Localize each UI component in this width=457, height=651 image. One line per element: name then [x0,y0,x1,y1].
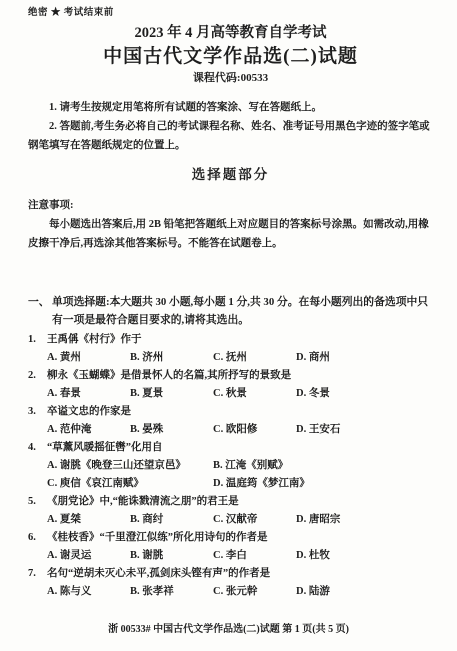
question-2-option-d: D. 冬景 [296,385,330,403]
question-6: 6. 《桂枝香》“千里澄江似练”所化用诗句的作者是 A. 谢灵运 B. 谢朓 C… [28,529,433,565]
question-3-stem: 卒谥文忠的作家是 [47,403,433,421]
question-6-option-a: A. 谢灵运 [47,547,130,565]
instruction-2: 2. 答题前,考生务必将自己的考试课程名称、姓名、准考证号用黑色字迹的签字笔或钢… [28,117,433,155]
question-5-number: 5. [28,493,47,511]
part-one-heading: 一、 单项选择题:本大题共 30 小题,每小题 1 分,共 30 分。在每小题列… [28,293,433,329]
question-4: 4. “草薰风暖摇征辔”化用自 A. 谢朓《晚登三山还望京邑》 B. 江淹《别赋… [28,439,433,493]
question-6-option-d: D. 杜牧 [296,547,330,565]
course-code: 课程代码:00533 [28,71,433,86]
question-1-number: 1. [28,331,47,349]
question-5-option-a: A. 夏桀 [47,511,130,529]
question-6-options: A. 谢灵运 B. 谢朓 C. 李白 D. 杜牧 [28,547,433,565]
question-4-stem: “草薰风暖摇征辔”化用自 [47,439,433,457]
question-1-options: A. 黄州 B. 济州 C. 抚州 D. 商州 [28,349,433,367]
question-2-option-c: C. 秋景 [213,385,296,403]
question-1-option-c: C. 抚州 [213,349,296,367]
question-5-options: A. 夏桀 B. 商纣 C. 汉献帝 D. 唐昭宗 [28,511,433,529]
question-6-number: 6. [28,529,47,547]
question-3-option-a: A. 范仲淹 [47,421,130,439]
question-7-stem: 名句“逆胡未灭心未平,孤剑床头铿有声”的作者是 [47,565,433,583]
question-3: 3. 卒谥文忠的作家是 A. 范仲淹 B. 晏殊 C. 欧阳修 D. 王安石 [28,403,433,439]
question-5-option-c: C. 汉献帝 [213,511,296,529]
question-4-option-d: D. 温庭筠《梦江南》 [213,475,310,493]
question-3-option-b: B. 晏殊 [130,421,213,439]
section-heading: 选择题部分 [28,166,433,184]
question-7-option-c: C. 张元幹 [213,583,296,601]
question-5-option-b: B. 商纣 [130,511,213,529]
question-7-option-a: A. 陈与义 [47,583,130,601]
question-3-number: 3. [28,403,47,421]
classification-label: 绝密 ★ 考试结束前 [28,7,433,19]
question-4-options: A. 谢朓《晚登三山还望京邑》 B. 江淹《别赋》 C. 庾信《哀江南赋》 D.… [28,457,433,493]
question-7-number: 7. [28,565,47,583]
question-2: 2. 柳永《玉蝴蝶》是借景怀人的名篇,其所抒写的景致是 A. 春景 B. 夏景 … [28,367,433,403]
question-7: 7. 名句“逆胡未灭心未平,孤剑床头铿有声”的作者是 A. 陈与义 B. 张孝祥… [28,565,433,601]
question-2-option-a: A. 春景 [47,385,130,403]
question-4-option-c: C. 庾信《哀江南赋》 [47,475,213,493]
page-footer: 浙 00533# 中国古代文学作品选(二)试题 第 1 页(共 5 页) [0,623,457,637]
question-7-options: A. 陈与义 B. 张孝祥 C. 张元幹 D. 陆游 [28,583,433,601]
part-one-text: 单项选择题:本大题共 30 小题,每小题 1 分,共 30 分。在每小题列出的备… [52,293,433,329]
question-4-number: 4. [28,439,47,457]
question-7-option-d: D. 陆游 [296,583,330,601]
question-4-option-a: A. 谢朓《晚登三山还望京邑》 [47,457,213,475]
question-2-options: A. 春景 B. 夏景 C. 秋景 D. 冬景 [28,385,433,403]
question-1-option-a: A. 黄州 [47,349,130,367]
question-2-option-b: B. 夏景 [130,385,213,403]
question-6-option-b: B. 谢朓 [130,547,213,565]
question-3-options: A. 范仲淹 B. 晏殊 C. 欧阳修 D. 王安石 [28,421,433,439]
question-1: 1. 王禹偁《村行》作于 A. 黄州 B. 济州 C. 抚州 D. 商州 [28,331,433,367]
part-one-number: 一、 [28,293,52,329]
question-1-option-d: D. 商州 [296,349,330,367]
question-5-option-d: D. 唐昭宗 [296,511,340,529]
question-4-option-b: B. 江淹《别赋》 [213,457,288,475]
question-3-option-d: D. 王安石 [296,421,340,439]
question-7-option-b: B. 张孝祥 [130,583,213,601]
exam-paper-page: 绝密 ★ 考试结束前 2023 年 4 月高等教育自学考试 中国古代文学作品选(… [0,0,457,651]
question-3-option-c: C. 欧阳修 [213,421,296,439]
instruction-1: 1. 请考生按规定用笔将所有试题的答案涂、写在答题纸上。 [28,98,433,117]
question-2-number: 2. [28,367,47,385]
paper-title: 中国古代文学作品选(二)试题 [28,44,433,69]
question-5-stem: 《朋党论》中,“能诛戮清流之朋”的君王是 [47,493,433,511]
question-list: 1. 王禹偁《村行》作于 A. 黄州 B. 济州 C. 抚州 D. 商州 2. … [28,331,433,601]
notes-title: 注意事项: [28,196,433,215]
question-2-stem: 柳永《玉蝴蝶》是借景怀人的名篇,其所抒写的景致是 [47,367,433,385]
question-1-option-b: B. 济州 [130,349,213,367]
general-instructions: 1. 请考生按规定用笔将所有试题的答案涂、写在答题纸上。 2. 答题前,考生务必… [28,98,433,155]
question-1-stem: 王禹偁《村行》作于 [47,331,433,349]
exam-session-title: 2023 年 4 月高等教育自学考试 [28,24,433,43]
question-6-stem: 《桂枝香》“千里澄江似练”所化用诗句的作者是 [47,529,433,547]
question-5: 5. 《朋党论》中,“能诛戮清流之朋”的君王是 A. 夏桀 B. 商纣 C. 汉… [28,493,433,529]
question-6-option-c: C. 李白 [213,547,296,565]
notes-body: 每小题选出答案后,用 2B 铅笔把答题纸上对应题目的答案标号涂黑。如需改动,用橡… [28,215,433,253]
